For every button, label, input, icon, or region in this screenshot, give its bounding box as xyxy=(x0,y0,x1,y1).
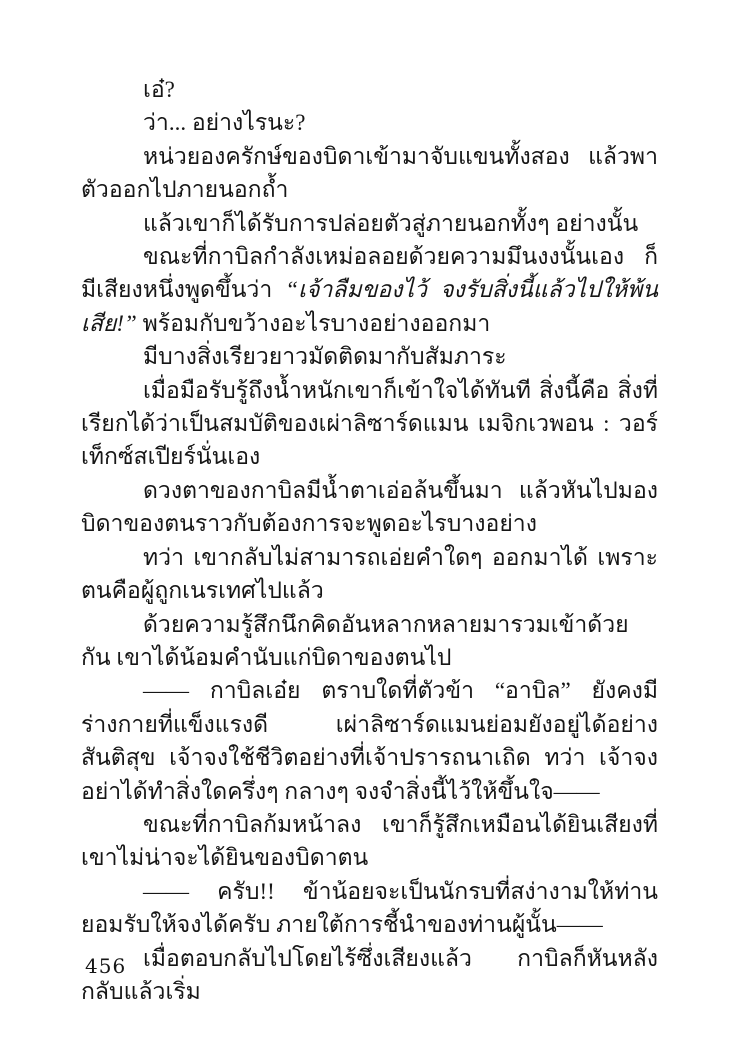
paragraph: เมื่อตอบกลับไปโดยไร้ซึ่งเสียงแล้ว กาบิลก… xyxy=(81,942,658,1009)
paragraph-dialogue-dash: —— ครับ!! ข้าน้อยจะเป็นนักรบที่สง่างามให… xyxy=(81,875,658,942)
page-number: 456 xyxy=(85,954,126,978)
paragraph: ด้วยความรู้สึกนึกคิดอันหลากหลายมารวมเข้า… xyxy=(81,608,658,675)
paragraph: ขณะที่กาบิลก้มหน้าลง เขาก็รู้สึกเหมือนได… xyxy=(81,808,658,875)
paragraph: แล้วเขาก็ได้รับการปล่อยตัวสู่ภายนอกทั้งๆ… xyxy=(81,207,658,240)
paragraph: ว่า... อย่างไรนะ? xyxy=(81,106,658,139)
paragraph-dialogue-dash: —— กาบิลเอ๋ย ตราบใดที่ตัวข้า “อาบิล” ยัง… xyxy=(81,674,658,808)
paragraph: หน่วยองครักษ์ของบิดาเข้ามาจับแขนทั้งสอง … xyxy=(81,140,658,207)
paragraph: เอ๋? xyxy=(81,73,658,106)
paragraph: ดวงตาของกาบิลมีน้ำตาเอ่อล้นขึ้นมา แล้วหั… xyxy=(81,474,658,541)
book-page: เอ๋? ว่า... อย่างไรนะ? หน่วยองครักษ์ของบ… xyxy=(0,0,738,1051)
paragraph: เมื่อมือรับรู้ถึงน้ำหนักเขาก็เข้าใจได้ทั… xyxy=(81,374,658,474)
page-body-text: เอ๋? ว่า... อย่างไรนะ? หน่วยองครักษ์ของบ… xyxy=(81,73,658,1008)
paragraph-text-after-quote: พร้อมกับขว้างอะไรบางอย่างออกมา xyxy=(137,311,490,336)
paragraph-with-quote: ขณะที่กาบิลกำลังเหม่อลอยด้วยความมึนงงนั้… xyxy=(81,240,658,340)
paragraph: ทว่า เขากลับไม่สามารถเอ่ยคำใดๆ ออกมาได้ … xyxy=(81,541,658,608)
paragraph: มีบางสิ่งเรียวยาวมัดติดมากับสัมภาระ xyxy=(81,340,658,373)
